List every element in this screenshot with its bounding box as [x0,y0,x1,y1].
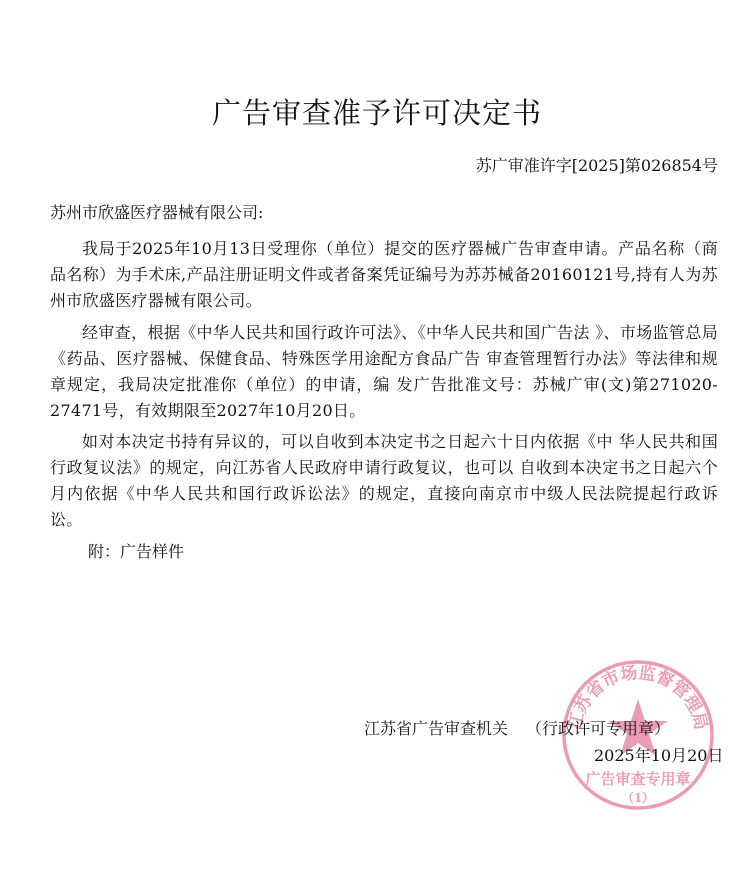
signature-block: 江苏省广告审查机关（行政许可专用章） [364,717,670,741]
paragraph-acceptance: 我局于2025年10月13日受理你（单位）提交的医疗器械广告审查申请。产品名称（… [50,236,718,314]
paragraph-appeal: 如对本决定书持有异议的，可以自收到本决定书之日起六十日内依据《中 华人民共和国行… [50,429,718,533]
issuing-authority: 江苏省广告审查机关 [364,719,508,738]
document-title: 广告审查准予许可决定书 [0,93,754,133]
document-number: 苏广审准许字[2025]第026854号 [476,154,718,178]
attachment-note: 附：广告样件 [88,540,184,564]
seal-inner-text: 广告审查专用章 [585,770,690,788]
seal-note: （行政许可专用章） [526,719,670,738]
paragraph-decision: 经审查，根据《中华人民共和国行政许可法》、《中华人民共和国广告法 》、市场监管总… [50,320,718,424]
issue-date: 2025年10月20日 [594,744,723,768]
seal-serial: （1） [622,790,654,805]
addressee: 苏州市欣盛医疗器械有限公司: [50,201,263,225]
